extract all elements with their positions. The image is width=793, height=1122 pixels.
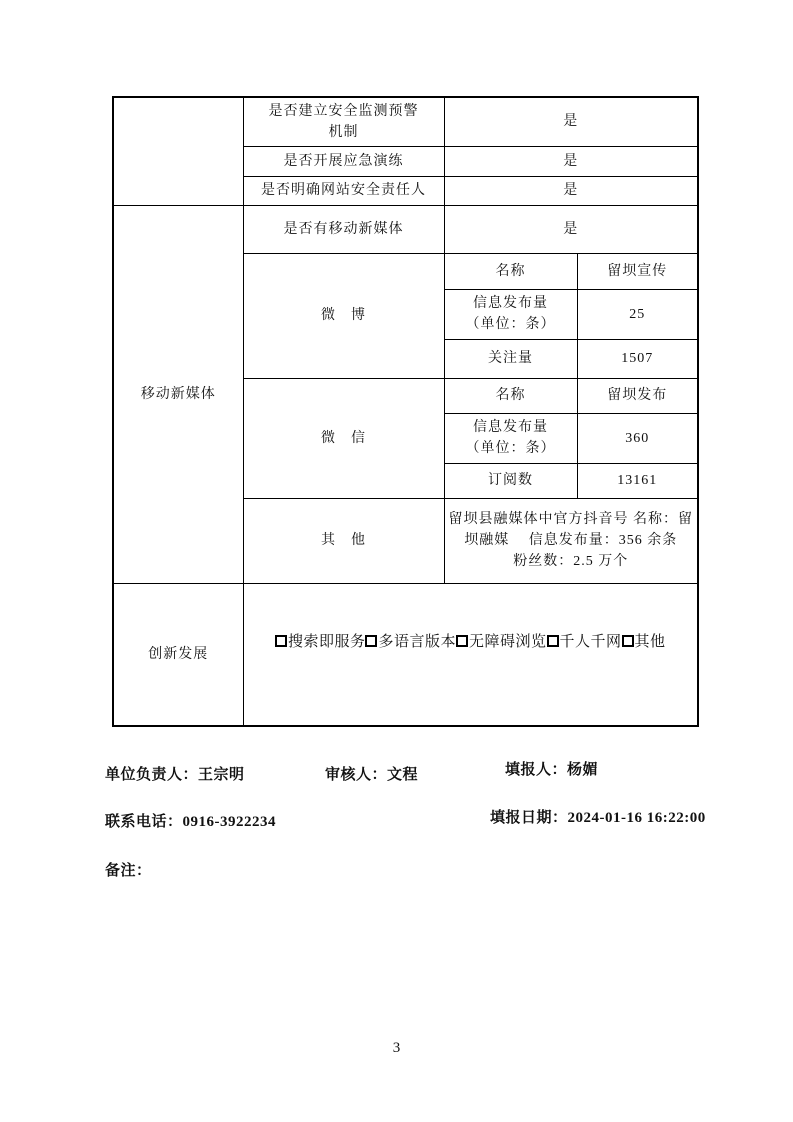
unit-head-value: 王宗明 [198, 767, 245, 783]
option-label: 无障碍浏览 [469, 634, 547, 650]
annual-report-table: 是否建立安全监测预警 机制 是 是否开展应急演练 是 是否明确网站安全责任人 是… [112, 96, 699, 727]
question-cell-security-officer: 是否明确网站安全责任人 [243, 176, 444, 205]
innovation-category-cell: 创新发展 [113, 583, 243, 726]
mobile-category-cell: 移动新媒体 [113, 205, 243, 583]
checkbox-icon [456, 635, 468, 647]
label-text: 信息发布量 [449, 293, 573, 314]
unit-head-field: 单位负责人：王宗明 [105, 763, 245, 784]
table-row: 移动新媒体 是否有移动新媒体 是 [113, 205, 698, 253]
unit-head-label: 单位负责人： [105, 767, 198, 783]
label-text: （单位：条） [449, 314, 573, 335]
answer-cell: 是 [444, 146, 698, 176]
checkbox-icon [622, 635, 634, 647]
wechat-label-cell: 微 信 [243, 378, 444, 498]
innovation-options-cell: 搜索即服务多语言版本无障碍浏览千人千网其他 [243, 583, 698, 726]
option-label: 多语言版本 [378, 634, 456, 650]
report-date-field: 填报日期：2024-01-16 16:22:00 [490, 806, 706, 827]
wechat-subscribers-value: 13161 [577, 463, 698, 498]
innovation-options-line: 搜索即服务多语言版本无障碍浏览千人千网其他 [248, 632, 694, 653]
remarks-field: 备注： [105, 859, 152, 880]
reviewer-field: 审核人：文程 [325, 763, 418, 784]
security-category-cell [113, 97, 243, 205]
wechat-name-value: 留坝发布 [577, 378, 698, 413]
checkbox-icon [365, 635, 377, 647]
other-media-label-cell: 其 他 [243, 498, 444, 583]
weibo-followers-label: 关注量 [444, 339, 577, 378]
report-date-value: 2024-01-16 16:22:00 [568, 810, 706, 826]
answer-cell: 是 [444, 97, 698, 146]
checkbox-icon [275, 635, 287, 647]
question-cell-emergency-drill: 是否开展应急演练 [243, 146, 444, 176]
option-label: 搜索即服务 [288, 634, 366, 650]
report-date-label: 填报日期： [490, 810, 568, 826]
label-text: 信息发布量 [449, 417, 573, 438]
remarks-label: 备注： [105, 863, 152, 879]
checkbox-icon [547, 635, 559, 647]
wechat-subscribers-label: 订阅数 [444, 463, 577, 498]
document-page: 是否建立安全监测预警 机制 是 是否开展应急演练 是 是否明确网站安全责任人 是… [0, 0, 793, 1122]
reviewer-label: 审核人： [325, 767, 387, 783]
answer-cell: 是 [444, 205, 698, 253]
phone-label: 联系电话： [105, 814, 183, 830]
filler-field: 填报人：杨媚 [505, 758, 598, 779]
option-label: 千人千网 [560, 634, 622, 650]
weibo-publish-value: 25 [577, 289, 698, 339]
question-text: 机制 [248, 122, 440, 143]
wechat-publish-value: 360 [577, 413, 698, 463]
filler-value: 杨媚 [567, 762, 598, 778]
page-number: 3 [0, 1040, 793, 1057]
phone-value: 0916-3922234 [183, 814, 277, 830]
phone-field: 联系电话：0916-3922234 [105, 810, 276, 831]
label-text: （单位：条） [449, 438, 573, 459]
answer-cell: 是 [444, 176, 698, 205]
question-cell-has-mobile-media: 是否有移动新媒体 [243, 205, 444, 253]
weibo-followers-value: 1507 [577, 339, 698, 378]
table-row: 是否建立安全监测预警 机制 是 [113, 97, 698, 146]
wechat-name-label: 名称 [444, 378, 577, 413]
weibo-publish-label: 信息发布量 （单位：条） [444, 289, 577, 339]
table-row: 创新发展 搜索即服务多语言版本无障碍浏览千人千网其他 [113, 583, 698, 726]
wechat-publish-label: 信息发布量 （单位：条） [444, 413, 577, 463]
other-media-text: 留坝县融媒体中官方抖音号 名称：留坝融媒 信息发布量：356 余条 粉丝数：2.… [444, 498, 698, 583]
weibo-label-cell: 微 博 [243, 253, 444, 378]
weibo-name-value: 留坝宣传 [577, 253, 698, 289]
reviewer-value: 文程 [387, 767, 418, 783]
weibo-name-label: 名称 [444, 253, 577, 289]
filler-label: 填报人： [505, 762, 567, 778]
question-cell-monitor-warning: 是否建立安全监测预警 机制 [243, 97, 444, 146]
option-label: 其他 [635, 634, 666, 650]
question-text: 是否建立安全监测预警 [248, 101, 440, 122]
